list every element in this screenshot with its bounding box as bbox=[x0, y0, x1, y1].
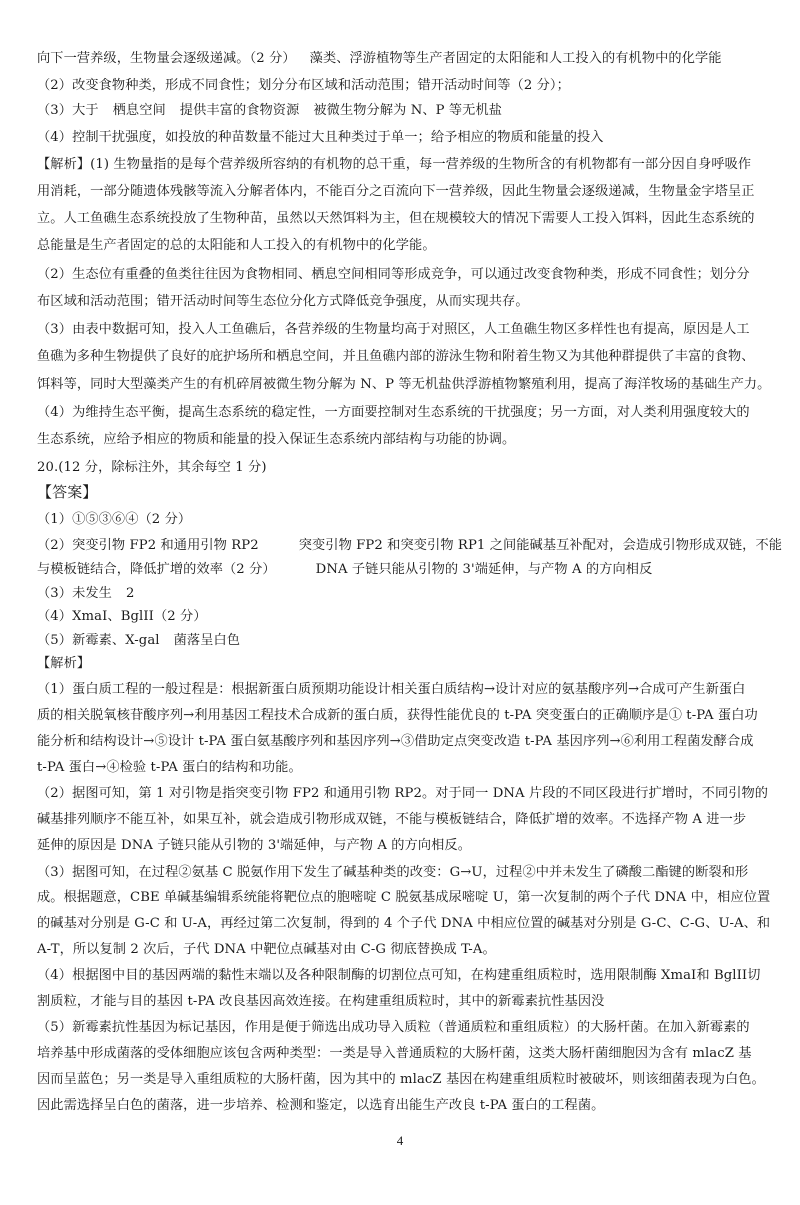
text-line: （3）据图可知，在过程②氨基 C 脱氨作用下发生了碱基种类的改变：G→U，过程②… bbox=[37, 864, 767, 882]
text-line: （4）XmaI、BglII（2 分） bbox=[37, 608, 767, 626]
text-segment: 因此需选择呈白色的菌落，进一步培养、检测和鉴定，以选育出能生产改良 t-PA 蛋… bbox=[37, 1098, 604, 1113]
text-segment: 割质粒，才能与目的基因 t-PA 改良基因高效连接。在构建重组质粒时，其中的新霉… bbox=[37, 994, 604, 1009]
text-segment: 2 bbox=[126, 586, 135, 601]
text-segment: （4）根据图中目的基因两端的黏性末端以及各种限制酶的切割位点可知，在构建重组质粒… bbox=[37, 968, 761, 983]
text-segment: （2）据图可知，第 1 对引物是指突变引物 FP2 和通用引物 RP2。对于同一… bbox=[37, 786, 768, 801]
text-line: 【解析】 bbox=[37, 655, 767, 673]
text-line: 培养基中形成菌落的受体细胞应该包含两种类型：一类是导入普通质粒的大肠杆菌，这类大… bbox=[37, 1045, 767, 1063]
text-segment: 栖息空间 bbox=[113, 103, 166, 118]
text-line: 【解析】(1) 生物量指的是每个营养级所容纳的有机物的总干重，每一营养级的生物所… bbox=[37, 156, 767, 174]
text-segment: 立。人工鱼礁生态系统投放了生物种苗，虽然以天然饵料为主，但在规模较大的情况下需要… bbox=[37, 211, 755, 226]
text-line: （4）根据图中目的基因两端的黏性末端以及各种限制酶的切割位点可知，在构建重组质粒… bbox=[37, 967, 767, 985]
text-segment: （1）蛋白质工程的一般过程是：根据新蛋白质预期功能设计相关蛋白质结构→设计对应的… bbox=[37, 682, 745, 697]
text-segment: （3）未发生 bbox=[37, 586, 112, 601]
text-segment: 向下一营养级，生物量会逐级递减。（2 分） bbox=[37, 51, 296, 66]
text-segment: （1）①⑤③⑥④（2 分） bbox=[37, 512, 191, 527]
text-segment: （2）突变引物 FP2 和通用引物 RP2 bbox=[37, 538, 259, 553]
text-segment: 藻类、浮游植物等生产者固定的太阳能和人工投入的有机物中的化学能 bbox=[310, 51, 722, 66]
text-segment: DNA 子链只能从引物的 3'端延伸，与产物 A 的方向相反 bbox=[316, 562, 653, 577]
text-segment: 碱基排列顺序不能互补，如果互补，就会造成引物形成双链，不能与模板链结合，降低扩增… bbox=[37, 812, 746, 827]
text-segment: 布区域和活动范围；错开活动时间等生态位分化方式降低竞争强度，从而实现共存。 bbox=[37, 294, 529, 309]
text-line: 割质粒，才能与目的基因 t-PA 改良基因高效连接。在构建重组质粒时，其中的新霉… bbox=[37, 993, 767, 1011]
text-line: （5）新霉素抗性基因为标记基因，作用是便于筛选出成功导入质粒（普通质粒和重组质粒… bbox=[37, 1019, 767, 1037]
text-line: （4）为维持生态平衡，提高生态系统的稳定性，一方面要控制对生态系统的干扰强度；另… bbox=[37, 404, 767, 422]
text-segment: （3）据图可知，在过程②氨基 C 脱氨作用下发生了碱基种类的改变：G→U，过程②… bbox=[37, 865, 748, 880]
text-line: 【答案】 bbox=[37, 483, 767, 501]
text-segment: 因而呈蓝色；另一类是导入重组质粒的大肠杆菌，因为其中的 mlacZ 基因在构建重… bbox=[37, 1072, 765, 1087]
text-segment: 能分析和结构设计→⑤设计 t-PA 蛋白氨基酸序列和基因序列→③借助定点突变改造… bbox=[37, 734, 754, 749]
text-segment: 成。根据题意，CBE 单碱基编辑系统能将靶位点的胞嘧啶 C 脱氨基成尿嘧啶 U，… bbox=[37, 890, 770, 905]
text-segment: 【解析】(1) 生物量指的是每个营养级所容纳的有机物的总干重，每一营养级的生物所… bbox=[37, 157, 751, 172]
text-segment: 提供丰富的食物资源 bbox=[180, 103, 300, 118]
text-segment: 饵料等，同时大型藻类产生的有机碎屑被微生物分解为 N、P 等无机盐供浮游植物繁殖… bbox=[37, 377, 770, 392]
text-line: 鱼礁为多种生物提供了良好的庇护场所和栖息空间，并且鱼礁内部的游泳生物和附着生物又… bbox=[37, 348, 767, 366]
text-segment: 延伸的原因是 DNA 子链只能从引物的 3'端延伸，与产物 A 的方向相反。 bbox=[37, 838, 471, 853]
text-line: （2）据图可知，第 1 对引物是指突变引物 FP2 和通用引物 RP2。对于同一… bbox=[37, 785, 767, 803]
text-segment: （5）新霉素抗性基因为标记基因，作用是便于筛选出成功导入质粒（普通质粒和重组质粒… bbox=[37, 1020, 750, 1035]
text-line: （3）由表中数据可知，投入人工鱼礁后，各营养级的生物量均高于对照区，人工鱼礁生物… bbox=[37, 321, 767, 339]
text-segment: （3）由表中数据可知，投入人工鱼礁后，各营养级的生物量均高于对照区，人工鱼礁生物… bbox=[37, 322, 750, 337]
text-segment: （2）改变食物种类，形成不同食性；划分分布区域和活动范围；错开活动时间等（2 分… bbox=[37, 78, 570, 93]
text-line: 的碱基对分别是 G-C 和 U-A，再经过第二次复制，得到的 4 个子代 DNA… bbox=[37, 915, 767, 933]
text-segment: （4）XmaI、BglII（2 分） bbox=[37, 609, 207, 624]
text-line: 饵料等，同时大型藻类产生的有机碎屑被微生物分解为 N、P 等无机盐供浮游植物繁殖… bbox=[37, 376, 767, 394]
text-segment: （3）大于 bbox=[37, 103, 99, 118]
text-segment: A-T，所以复制 2 次后，子代 DNA 中靶位点碱基对由 C-G 彻底替换成 … bbox=[37, 942, 496, 957]
text-line: 碱基排列顺序不能互补，如果互补，就会造成引物形成双链，不能与模板链结合，降低扩增… bbox=[37, 811, 767, 829]
text-line: （2）生态位有重叠的鱼类往往因为食物相同、栖息空间相同等形成竞争，可以通过改变食… bbox=[37, 266, 767, 284]
text-line: 20.(12 分，除标注外，其余每空 1 分) bbox=[37, 459, 767, 477]
text-segment: 的碱基对分别是 G-C 和 U-A，再经过第二次复制，得到的 4 个子代 DNA… bbox=[37, 916, 770, 931]
text-line: 向下一营养级，生物量会逐级递减。（2 分）藻类、浮游植物等生产者固定的太阳能和人… bbox=[37, 50, 767, 68]
text-line: 能分析和结构设计→⑤设计 t-PA 蛋白氨基酸序列和基因序列→③借助定点突变改造… bbox=[37, 733, 767, 751]
text-line: 与模板链结合，降低扩增的效率（2 分）DNA 子链只能从引物的 3'端延伸，与产… bbox=[37, 561, 767, 579]
text-line: （3）未发生2 bbox=[37, 585, 767, 603]
text-segment: 20.(12 分，除标注外，其余每空 1 分) bbox=[37, 460, 267, 475]
text-line: 质的相关脱氧核苷酸序列→利用基因工程技术合成新的蛋白质，获得性能优良的 t-PA… bbox=[37, 707, 767, 725]
text-segment: 生态系统，应给予相应的物质和能量的投入保证生态系统内部结构与功能的协调。 bbox=[37, 432, 515, 447]
text-segment: 用消耗，一部分随遗体残骸等流入分解者体内，不能百分之百流向下一营养级，因此生物量… bbox=[37, 184, 755, 199]
text-line: 生态系统，应给予相应的物质和能量的投入保证生态系统内部结构与功能的协调。 bbox=[37, 431, 767, 449]
text-segment: 【答案】 bbox=[37, 483, 97, 501]
text-segment: 质的相关脱氧核苷酸序列→利用基因工程技术合成新的蛋白质，获得性能优良的 t-PA… bbox=[37, 708, 758, 723]
text-segment: t-PA 蛋白→④检验 t-PA 蛋白的结构和功能。 bbox=[37, 760, 302, 775]
text-line: （4）控制干扰强度，如投放的种苗数量不能过大且种类过于单一；给予相应的物质和能量… bbox=[37, 129, 767, 147]
text-segment: 菌落呈白色 bbox=[174, 633, 240, 648]
text-line: （1）①⑤③⑥④（2 分） bbox=[37, 511, 767, 529]
text-line: （3）大于栖息空间提供丰富的食物资源被微生物分解为 N、P 等无机盐 bbox=[37, 102, 767, 120]
text-line: 总能量是生产者固定的总的太阳能和人工投入的有机物中的化学能。 bbox=[37, 237, 767, 255]
text-line: A-T，所以复制 2 次后，子代 DNA 中靶位点碱基对由 C-G 彻底替换成 … bbox=[37, 941, 767, 959]
page-number: 4 bbox=[0, 1133, 800, 1149]
text-line: 用消耗，一部分随遗体残骸等流入分解者体内，不能百分之百流向下一营养级，因此生物量… bbox=[37, 183, 767, 201]
text-line: 布区域和活动范围；错开活动时间等生态位分化方式降低竞争强度，从而实现共存。 bbox=[37, 293, 767, 311]
text-segment: 总能量是生产者固定的总的太阳能和人工投入的有机物中的化学能。 bbox=[37, 238, 436, 253]
text-segment: （4）控制干扰强度，如投放的种苗数量不能过大且种类过于单一；给予相应的物质和能量… bbox=[37, 130, 604, 145]
text-line: （1）蛋白质工程的一般过程是：根据新蛋白质预期功能设计相关蛋白质结构→设计对应的… bbox=[37, 681, 767, 699]
text-segment: 被微生物分解为 N、P 等无机盐 bbox=[313, 103, 502, 118]
text-segment: 鱼礁为多种生物提供了良好的庇护场所和栖息空间，并且鱼礁内部的游泳生物和附着生物又… bbox=[37, 349, 755, 364]
text-segment: 培养基中形成菌落的受体细胞应该包含两种类型：一类是导入普通质粒的大肠杆菌，这类大… bbox=[37, 1046, 752, 1061]
text-line: 延伸的原因是 DNA 子链只能从引物的 3'端延伸，与产物 A 的方向相反。 bbox=[37, 837, 767, 855]
text-line: 成。根据题意，CBE 单碱基编辑系统能将靶位点的胞嘧啶 C 脱氨基成尿嘧啶 U，… bbox=[37, 889, 767, 907]
text-line: （2）改变食物种类，形成不同食性；划分分布区域和活动范围；错开活动时间等（2 分… bbox=[37, 77, 767, 95]
text-segment: （5）新霉素、X-gal bbox=[37, 633, 160, 648]
text-segment: 【解析】 bbox=[37, 656, 90, 671]
text-line: （2）突变引物 FP2 和通用引物 RP2突变引物 FP2 和突变引物 RP1 … bbox=[37, 537, 767, 555]
text-segment: 与模板链结合，降低扩增的效率（2 分） bbox=[37, 562, 276, 577]
text-line: 立。人工鱼礁生态系统投放了生物种苗，虽然以天然饵料为主，但在规模较大的情况下需要… bbox=[37, 210, 767, 228]
text-segment: 突变引物 FP2 和突变引物 RP1 之间能碱基互补配对，会造成引物形成双链，不… bbox=[299, 538, 782, 553]
text-line: t-PA 蛋白→④检验 t-PA 蛋白的结构和功能。 bbox=[37, 759, 767, 777]
text-line: （5）新霉素、X-gal菌落呈白色 bbox=[37, 632, 767, 650]
text-segment: （4）为维持生态平衡，提高生态系统的稳定性，一方面要控制对生态系统的干扰强度；另… bbox=[37, 405, 750, 420]
text-line: 因而呈蓝色；另一类是导入重组质粒的大肠杆菌，因为其中的 mlacZ 基因在构建重… bbox=[37, 1071, 767, 1089]
text-line: 因此需选择呈白色的菌落，进一步培养、检测和鉴定，以选育出能生产改良 t-PA 蛋… bbox=[37, 1097, 767, 1115]
text-segment: （2）生态位有重叠的鱼类往往因为食物相同、栖息空间相同等形成竞争，可以通过改变食… bbox=[37, 267, 750, 282]
